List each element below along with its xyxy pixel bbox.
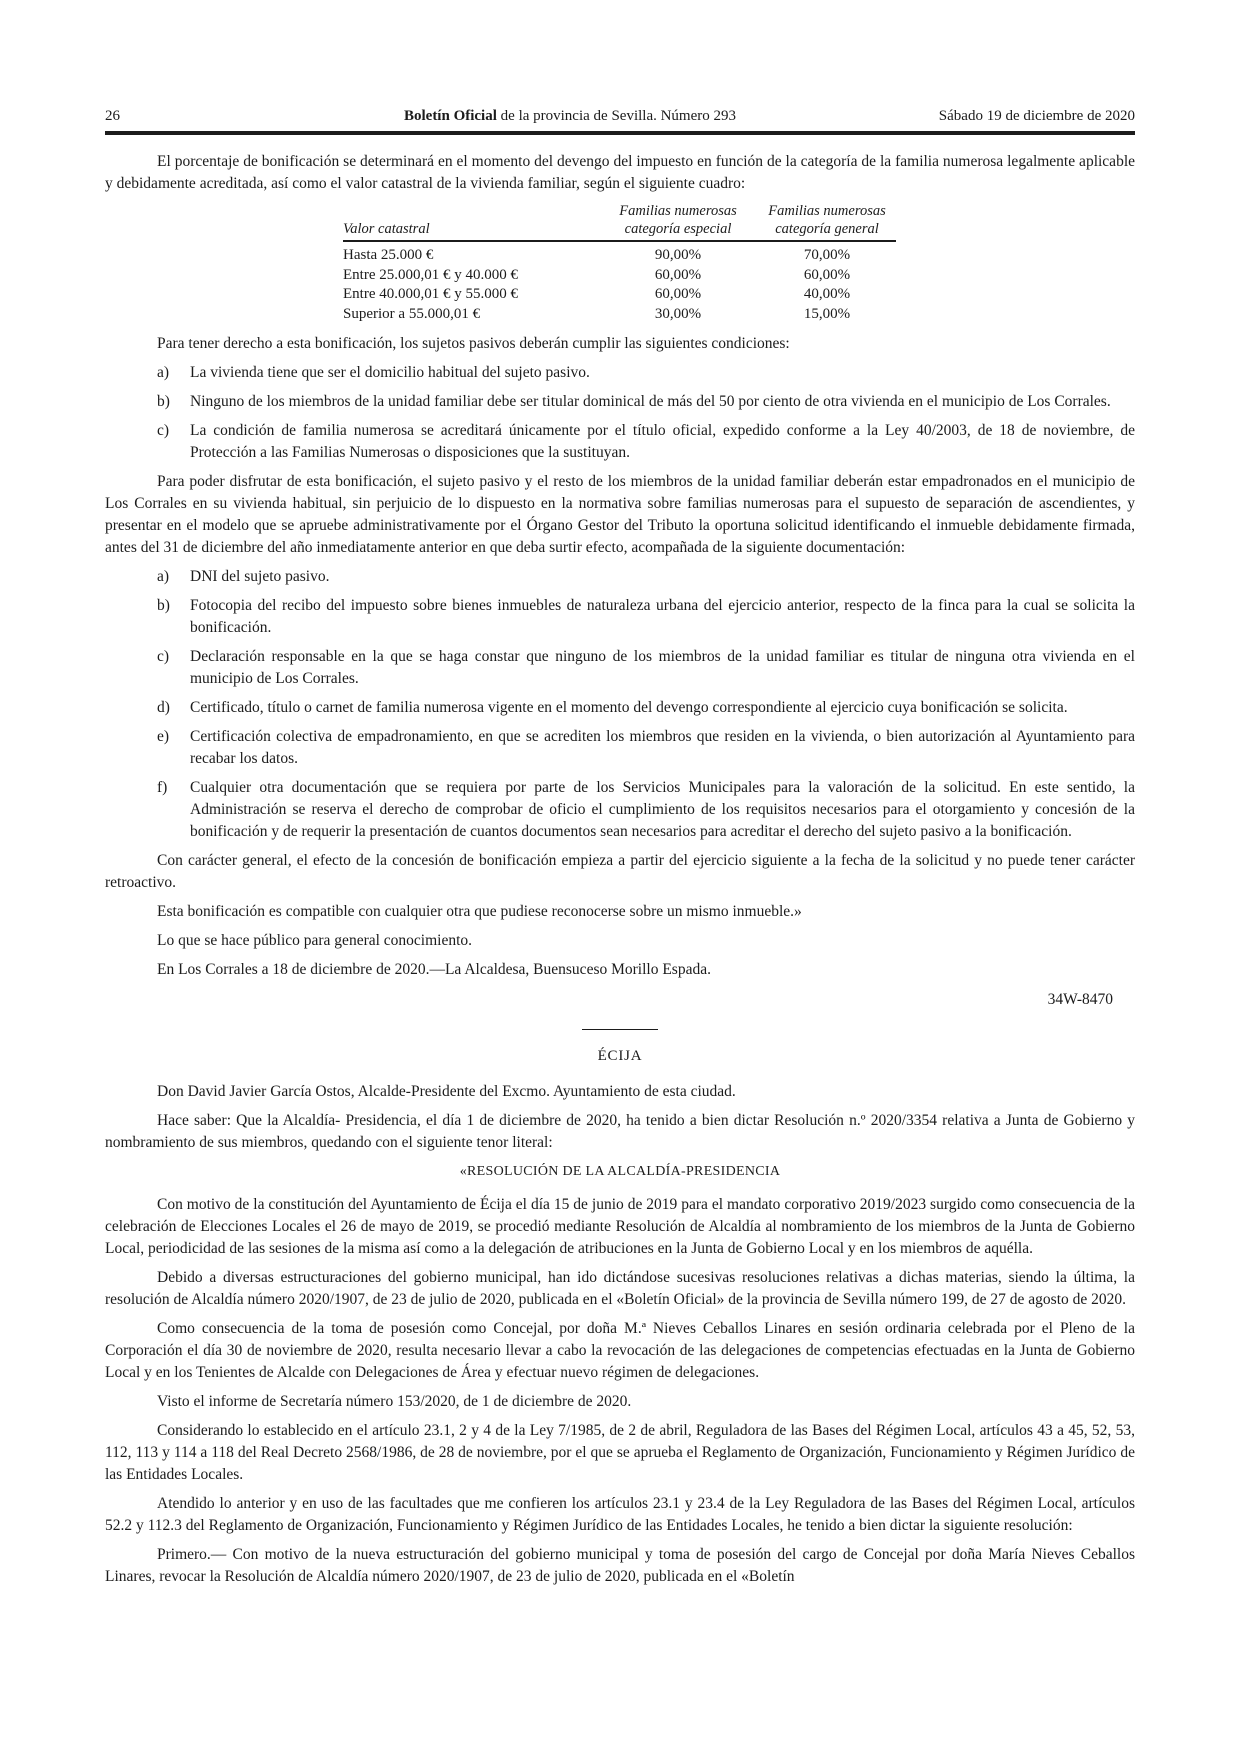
item-letter: f) xyxy=(157,777,167,799)
header-title: Boletín Oficial de la provincia de Sevil… xyxy=(245,106,895,126)
table-row: Entre 40.000,01 € y 55.000 € 60,00% 40,0… xyxy=(343,285,896,305)
page-number: 26 xyxy=(105,106,245,126)
cell-categoria-especial: 60,00% xyxy=(598,266,758,286)
list-item: c) La condición de familia numerosa se a… xyxy=(105,420,1135,464)
publico-paragraph: Lo que se hace público para general cono… xyxy=(105,930,1135,952)
resolution-heading: «RESOLUCIÓN DE LA ALCALDÍA-PRESIDENCIA xyxy=(105,1161,1135,1183)
list-item: b) Fotocopia del recibo del impuesto sob… xyxy=(105,595,1135,639)
item-text: DNI del sujeto pasivo. xyxy=(190,568,329,585)
ecija-paragraphs: Con motivo de la constitución del Ayunta… xyxy=(105,1194,1135,1588)
body-paragraph: Debido a diversas estructuraciones del g… xyxy=(105,1267,1135,1311)
body-paragraph: Con motivo de la constitución del Ayunta… xyxy=(105,1194,1135,1260)
cell-categoria-general: 60,00% xyxy=(758,266,896,286)
cell-valor-catastral: Entre 40.000,01 € y 55.000 € xyxy=(343,285,598,305)
table-header-row: Valor catastral Familias numerosascatego… xyxy=(343,202,896,242)
cell-valor-catastral: Superior a 55.000,01 € xyxy=(343,305,598,325)
item-text: La vivienda tiene que ser el domicilio h… xyxy=(190,364,590,381)
item-letter: e) xyxy=(157,726,169,748)
caracter-paragraph: Con carácter general, el efecto de la co… xyxy=(105,850,1135,894)
item-text: Fotocopia del recibo del impuesto sobre … xyxy=(190,597,1135,636)
body-paragraph: Atendido lo anterior y en uso de las fac… xyxy=(105,1493,1135,1537)
list-item: b) Ninguno de los miembros de la unidad … xyxy=(105,391,1135,413)
cell-categoria-general: 70,00% xyxy=(758,246,896,266)
header-date: Sábado 19 de diciembre de 2020 xyxy=(895,106,1135,126)
header-title-bold: Boletín Oficial xyxy=(404,108,497,124)
item-letter: d) xyxy=(157,697,170,719)
documents-list: a) DNI del sujeto pasivo. b) Fotocopia d… xyxy=(105,566,1135,843)
bonus-table: Valor catastral Familias numerosascatego… xyxy=(343,202,896,324)
item-text: La condición de familia numerosa se acre… xyxy=(190,422,1135,461)
conditions-list: a) La vivienda tiene que ser el domicili… xyxy=(105,362,1135,464)
section-title-ecija: ÉCIJA xyxy=(105,1045,1135,1067)
body-paragraph: Visto el informe de Secretaría número 15… xyxy=(105,1391,1135,1413)
list-item: a) DNI del sujeto pasivo. xyxy=(105,566,1135,588)
col-header-line: Familias numerosas xyxy=(768,203,885,219)
item-letter: c) xyxy=(157,420,169,442)
table-row: Hasta 25.000 € 90,00% 70,00% xyxy=(343,246,896,266)
reference-code: 34W-8470 xyxy=(105,989,1135,1011)
body-paragraph: Primero.— Con motivo de la nueva estruct… xyxy=(105,1544,1135,1588)
section-separator xyxy=(582,1029,658,1030)
table-body: Hasta 25.000 € 90,00% 70,00% Entre 25.00… xyxy=(343,242,896,324)
col-header-line: Familias numerosas xyxy=(619,203,736,219)
cell-valor-catastral: Hasta 25.000 € xyxy=(343,246,598,266)
col-header-categoria-especial: Familias numerosascategoría especial xyxy=(598,202,758,238)
cell-categoria-especial: 90,00% xyxy=(598,246,758,266)
body-paragraph: Como consecuencia de la toma de posesión… xyxy=(105,1318,1135,1384)
item-letter: a) xyxy=(157,362,169,384)
intro-paragraph: El porcentaje de bonificación se determi… xyxy=(105,151,1135,195)
compatible-paragraph: Esta bonificación es compatible con cual… xyxy=(105,901,1135,923)
cell-categoria-general: 40,00% xyxy=(758,285,896,305)
list-item: d) Certificado, título o carnet de famil… xyxy=(105,697,1135,719)
don-paragraph: Don David Javier García Ostos, Alcalde-P… xyxy=(105,1081,1135,1103)
item-text: Certificación colectiva de empadronamien… xyxy=(190,728,1135,767)
table-row: Superior a 55.000,01 € 30,00% 15,00% xyxy=(343,305,896,325)
list-item: c) Declaración responsable en la que se … xyxy=(105,646,1135,690)
header-title-rest: de la provincia de Sevilla. Número 293 xyxy=(497,108,736,124)
item-text: Cualquier otra documentación que se requ… xyxy=(190,779,1135,840)
page-header: 26 Boletín Oficial de la provincia de Se… xyxy=(105,106,1135,126)
item-letter: a) xyxy=(157,566,169,588)
item-letter: b) xyxy=(157,391,170,413)
cell-categoria-especial: 60,00% xyxy=(598,285,758,305)
body-paragraph: Considerando lo establecido en el artícu… xyxy=(105,1420,1135,1486)
table-row: Entre 25.000,01 € y 40.000 € 60,00% 60,0… xyxy=(343,266,896,286)
list-item: e) Certificación colectiva de empadronam… xyxy=(105,726,1135,770)
list-item: a) La vivienda tiene que ser el domicili… xyxy=(105,362,1135,384)
item-text: Declaración responsable en la que se hag… xyxy=(190,648,1135,687)
fecha-firma-paragraph: En Los Corrales a 18 de diciembre de 202… xyxy=(105,959,1135,981)
cell-categoria-general: 15,00% xyxy=(758,305,896,325)
item-letter: b) xyxy=(157,595,170,617)
cell-valor-catastral: Entre 25.000,01 € y 40.000 € xyxy=(343,266,598,286)
header-rule xyxy=(105,131,1135,135)
conditions-intro: Para tener derecho a esta bonificación, … xyxy=(105,333,1135,355)
col-header-categoria-general: Familias numerosascategoría general xyxy=(758,202,896,238)
list-item: f) Cualquier otra documentación que se r… xyxy=(105,777,1135,843)
item-letter: c) xyxy=(157,646,169,668)
cell-categoria-especial: 30,00% xyxy=(598,305,758,325)
col-header-line: categoría general xyxy=(775,221,879,237)
col-header-line: categoría especial xyxy=(625,221,732,237)
col-header-valor-catastral: Valor catastral xyxy=(343,220,598,238)
item-text: Certificado, título o carnet de familia … xyxy=(190,699,1068,716)
document-page: 26 Boletín Oficial de la provincia de Se… xyxy=(0,0,1240,1755)
item-text: Ninguno de los miembros de la unidad fam… xyxy=(190,393,1111,410)
disfrutar-paragraph: Para poder disfrutar de esta bonificació… xyxy=(105,471,1135,559)
hace-saber-paragraph: Hace saber: Que la Alcaldía- Presidencia… xyxy=(105,1110,1135,1154)
